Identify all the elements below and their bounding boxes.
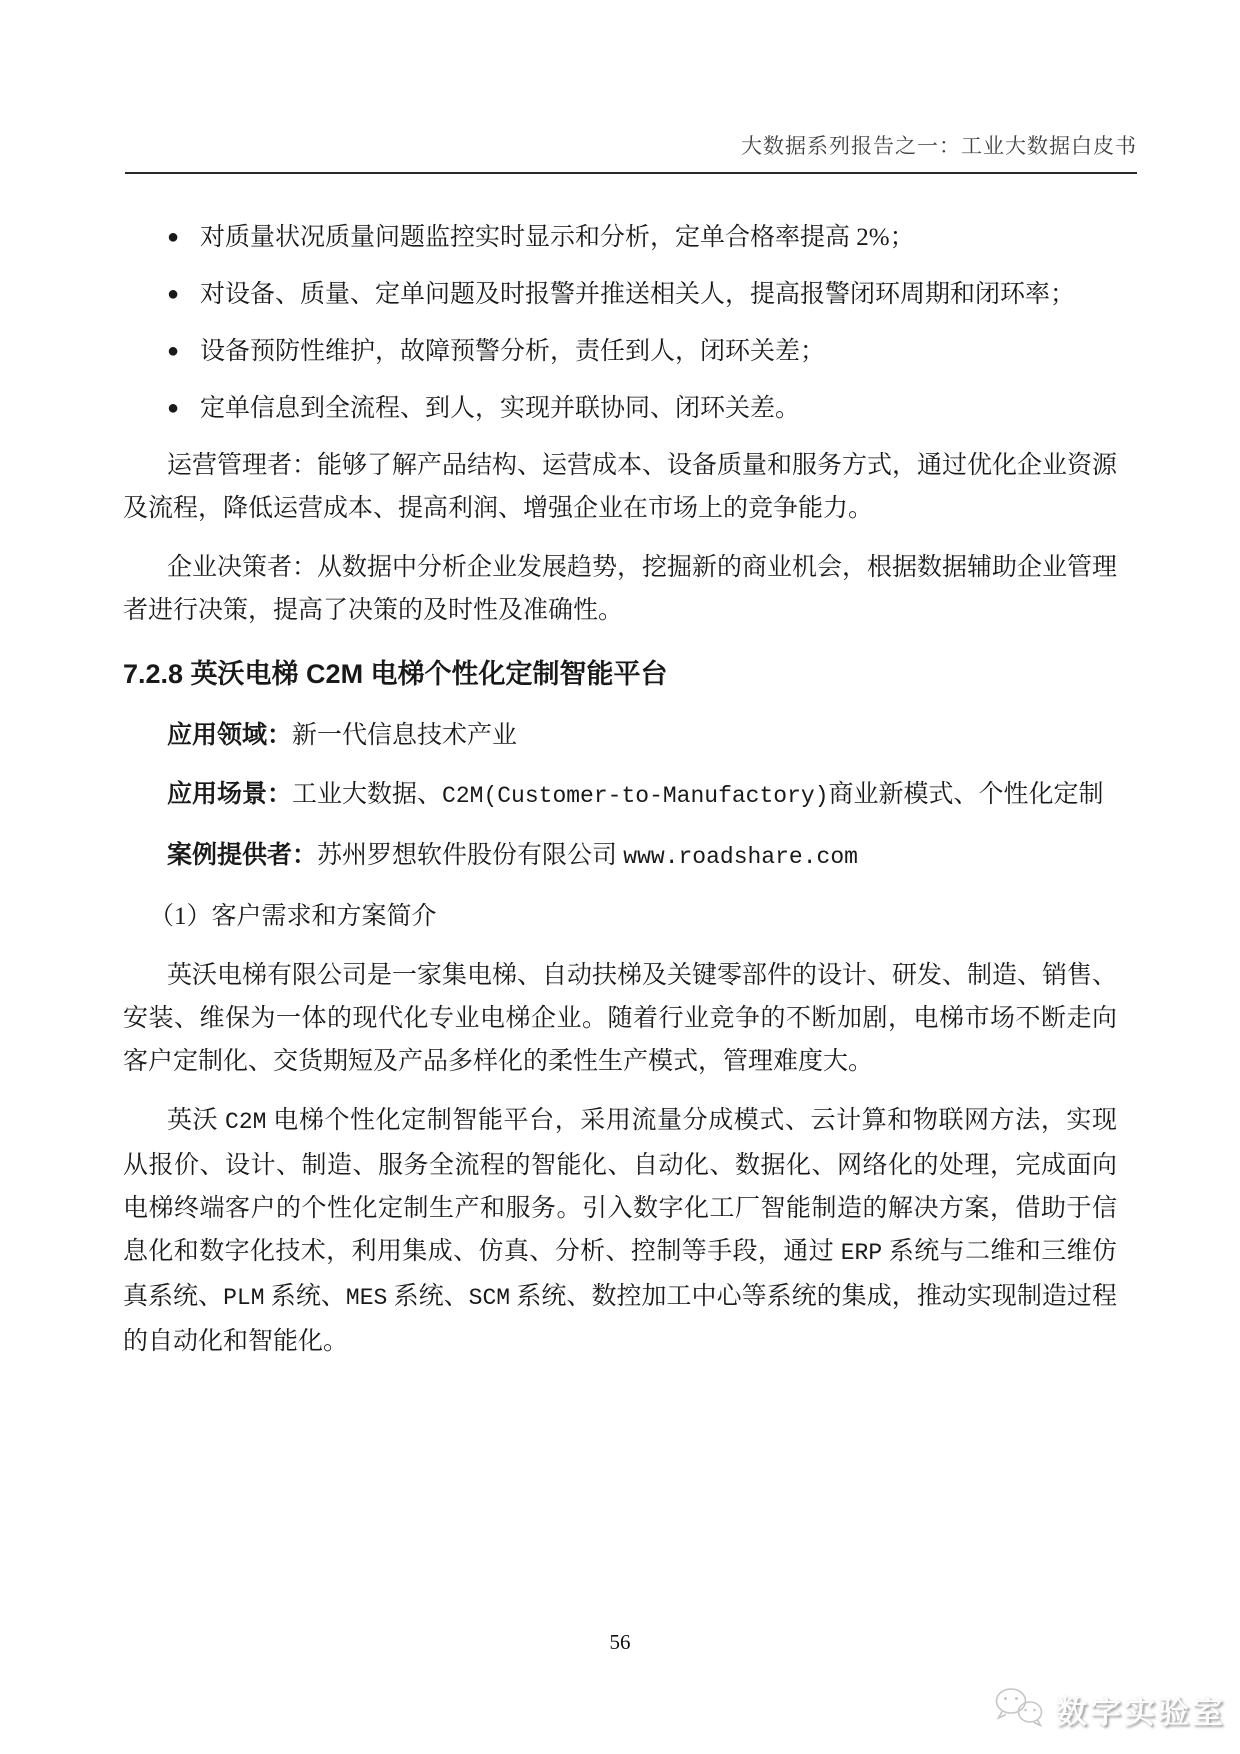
subsection-title: （1）客户需求和方案简介 (123, 895, 1117, 938)
paragraph-decision-makers: 企业决策者：从数据中分析企业发展趋势，挖掘新的商业机会，根据数据辅助企业管理者进… (123, 546, 1117, 632)
paragraph-platform: 英沃 C2M 电梯个性化定制智能平台，采用流量分成模式、云计算和物联网方法，实现… (123, 1099, 1117, 1363)
text-run: C2M (225, 1109, 266, 1135)
text-run: 系统、 (387, 1283, 468, 1310)
bullet-text: 设备预防性维护，故障预警分析，责任到人，闭环关差； (200, 338, 825, 365)
text-run: 新一代信息技术产业 (292, 722, 517, 749)
application-scene-line: 应用场景：工业大数据、C2M(Customer-to-Manufactory)商… (123, 773, 1117, 818)
text-run: 商业新模式、个性化定制 (829, 781, 1104, 808)
paragraph-company-intro: 英沃电梯有限公司是一家集电梯、自动扶梯及关键零部件的设计、研发、制造、销售、安装… (123, 954, 1117, 1083)
bullet-icon: ● (167, 330, 179, 373)
list-item: ● 对质量状况质量问题监控实时显示和分析，定单合格率提高 2%； (123, 216, 1117, 259)
case-provider-line: 案例提供者：苏州罗想软件股份有限公司 www.roadshare.com (123, 834, 1117, 879)
text-run: ERP (841, 1240, 882, 1266)
text-run: 应用领域： (167, 721, 292, 749)
text-run: SCM (469, 1285, 510, 1311)
list-item: ● 设备预防性维护，故障预警分析，责任到人，闭环关差； (123, 330, 1117, 373)
bullet-icon: ● (167, 387, 179, 430)
page-number: 56 (610, 1630, 631, 1654)
bullet-text: 对质量状况质量问题监控实时显示和分析，定单合格率提高 2%； (200, 224, 915, 251)
watermark-text: 数字实验室 (1056, 1687, 1226, 1732)
text-run: 苏州罗想软件股份有限公司 (317, 842, 623, 869)
text-run: C2M(Customer-to-Manufactory) (442, 783, 828, 809)
text-run: PLM (223, 1285, 264, 1311)
document-page: 大数据系列报告之一：工业大数据白皮书 ● 对质量状况质量问题监控实时显示和分析，… (0, 0, 1240, 1754)
bullet-text: 定单信息到全流程、到人，实现并联协同、闭环关差。 (200, 395, 800, 422)
text-run: MES (346, 1285, 387, 1311)
bullet-text: 对设备、质量、定单问题及时报警并推送相关人，提高报警闭环周期和闭环率； (200, 281, 1075, 308)
watermark: 数字实验室 (992, 1686, 1226, 1732)
text-run: www.roadshare.com (623, 844, 858, 870)
header-title: 大数据系列报告之一：工业大数据白皮书 (741, 134, 1137, 158)
text-run: 应用场景： (167, 780, 292, 808)
text-run: 英沃 (167, 1107, 225, 1134)
list-item: ● 定单信息到全流程、到人，实现并联协同、闭环关差。 (123, 387, 1117, 430)
paragraph-operators: 运营管理者：能够了解产品结构、运营成本、设备质量和服务方式，通过优化企业资源及流… (123, 444, 1117, 530)
section-heading: 7.2.8 英沃电梯 C2M 电梯个性化定制智能平台 (123, 654, 1117, 694)
application-field-line: 应用领域：新一代信息技术产业 (123, 714, 1117, 757)
wechat-icon (992, 1686, 1048, 1732)
text-run: 案例提供者： (167, 841, 317, 869)
bullet-icon: ● (167, 273, 179, 316)
list-item: ● 对设备、质量、定单问题及时报警并推送相关人，提高报警闭环周期和闭环率； (123, 273, 1117, 316)
page-header: 大数据系列报告之一：工业大数据白皮书 (125, 130, 1137, 174)
text-run: 系统、 (265, 1283, 346, 1310)
page-content: ● 对质量状况质量问题监控实时显示和分析，定单合格率提高 2%； ● 对设备、质… (123, 200, 1117, 1379)
page-footer: 56 (0, 1630, 1240, 1655)
bullet-icon: ● (167, 216, 179, 259)
text-run: 工业大数据、 (292, 781, 442, 808)
bullet-list: ● 对质量状况质量问题监控实时显示和分析，定单合格率提高 2%； ● 对设备、质… (123, 216, 1117, 430)
